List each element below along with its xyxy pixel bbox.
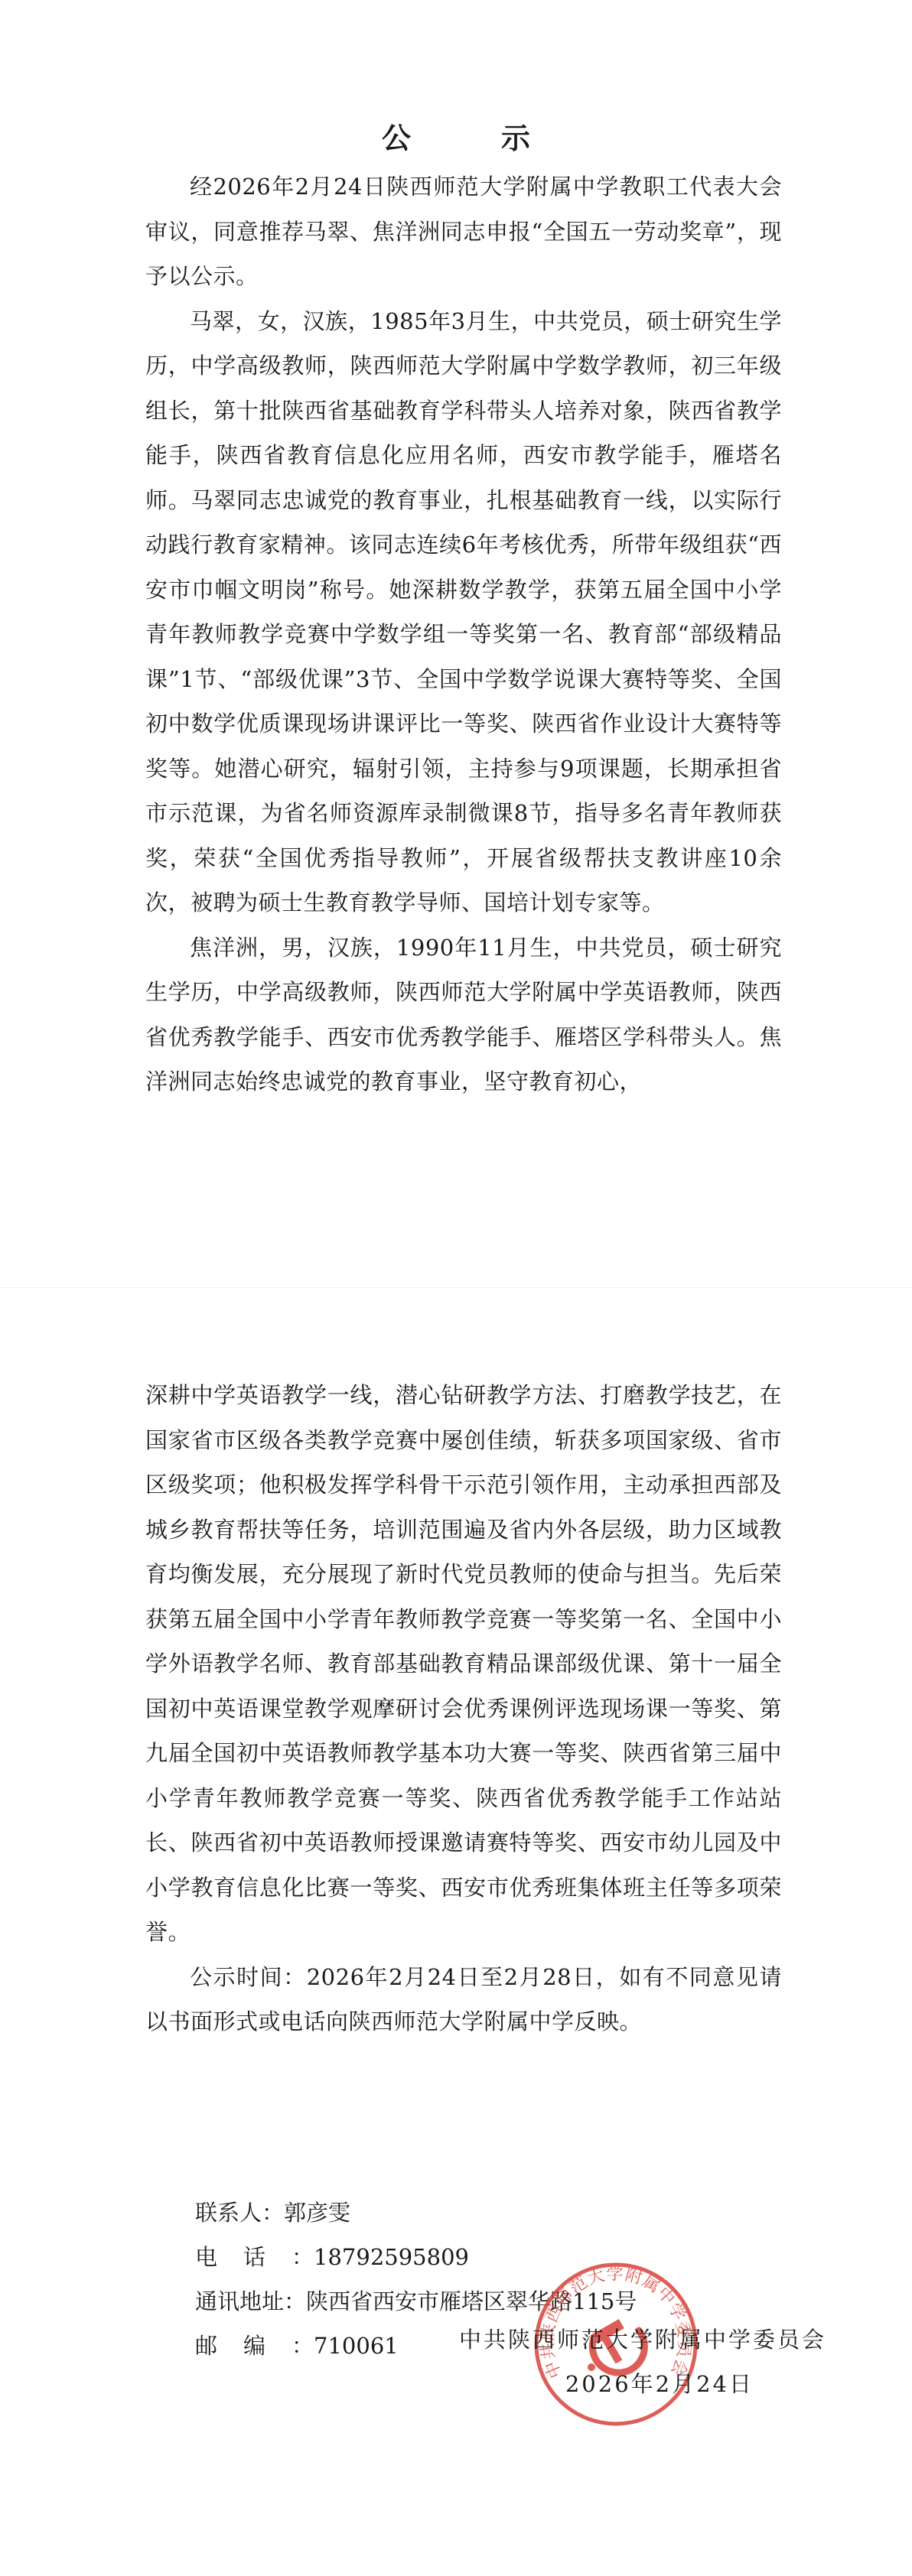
contact-postcode-label: 邮编 (195, 2324, 292, 2368)
jiao-yangzhou-continued-paragraph: 深耕中学英语教学一线，潜心钻研教学方法、打磨教学技艺，在国家省市区级各类教学竞赛… (145, 1373, 782, 1955)
ma-cui-paragraph: 马翠，女，汉族，1985年3月生，中共党员，硕士研究生学历，中学高级教师，陕西师… (145, 299, 782, 925)
notice-period-paragraph: 公示时间：2026年2月24日至2月28日，如有不同意见请以书面形式或电话向陕西… (145, 1955, 782, 2044)
signature-organization: 中共陕西师范大学附属中学委员会 (428, 2317, 826, 2362)
contact-phone-value[interactable]: 18792595809 (314, 2235, 469, 2279)
signature-block: 中共陕西师范大学附属中学委员会 2026年2月24日 (428, 2317, 826, 2406)
contact-address-label: 通讯地址： (195, 2279, 306, 2324)
signature-date: 2026年2月24日 (428, 2362, 826, 2406)
contact-postcode-colon: ： (292, 2324, 314, 2368)
page-1: 公 示 经2026年2月24日陕西师范大学附属中学教职工代表大会审议，同意推荐马… (0, 0, 912, 1287)
jiao-yangzhou-paragraph: 焦洋洲，男，汉族，1990年11月生，中共党员，硕士研究生学历，中学高级教师，陕… (145, 925, 782, 1104)
contact-person-row: 联系人： 郭彦雯 (195, 2191, 637, 2235)
contact-person-label: 联系人： (195, 2191, 284, 2235)
intro-paragraph: 经2026年2月24日陕西师范大学附属中学教职工代表大会审议，同意推荐马翠、焦洋… (145, 164, 782, 299)
document-title: 公 示 (0, 115, 912, 157)
contact-person-value: 郭彦雯 (284, 2191, 350, 2235)
body-page-1: 经2026年2月24日陕西师范大学附属中学教职工代表大会审议，同意推荐马翠、焦洋… (145, 164, 782, 1104)
body-page-2: 深耕中学英语教学一线，潜心钻研教学方法、打磨教学技艺，在国家省市区级各类教学竞赛… (145, 1373, 782, 2044)
contact-postcode-value: 710061 (314, 2324, 399, 2368)
contact-phone-label: 电话 (195, 2235, 292, 2279)
contact-phone-colon: ： (292, 2235, 314, 2279)
